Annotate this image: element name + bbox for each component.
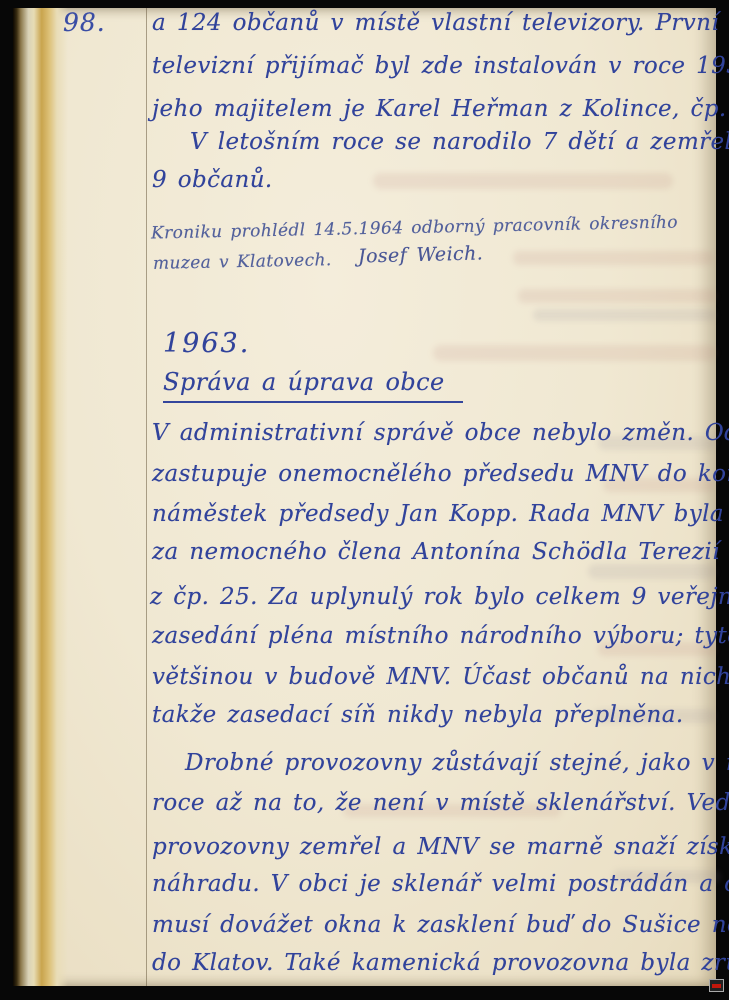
handwritten-line: do Klatov. Také kamenická provozovna byl… <box>152 950 729 976</box>
inspection-note-line: muzea v Klatovech. <box>153 250 332 274</box>
handwritten-line: zastupuje onemocnělého předsedu MNV do k… <box>152 461 729 487</box>
page-number: 98. <box>63 8 106 37</box>
handwritten-line: náhradu. V obci je sklenář velmi postrád… <box>152 871 729 897</box>
margin-rule-line <box>146 8 147 986</box>
inspection-note-line: Kroniku prohlédl 14.5.1964 odborný praco… <box>151 212 678 243</box>
year-heading: 1963. <box>163 328 250 359</box>
chronicle-page: 98. a 124 občanů v místě vlastní televiz… <box>13 8 716 986</box>
handwritten-line: Drobné provozovny zůstávají stejné, jako… <box>185 750 729 776</box>
show-through-mark <box>518 289 716 303</box>
handwritten-line: musí dovážet okna k zasklení buď do Suši… <box>152 912 729 938</box>
handwritten-line: většinou v budově MNV. Účast občanů na n… <box>152 664 729 690</box>
handwritten-line: 9 občanů. <box>152 167 273 193</box>
handwritten-line: provozovny zemřel a MNV se marně snaží z… <box>152 834 729 860</box>
section-heading: Správa a úprava obce <box>163 368 463 403</box>
handwritten-line: a 124 občanů v místě vlastní televizory.… <box>152 10 719 36</box>
handwritten-line: takže zasedací síň nikdy nebyla přeplněn… <box>152 702 684 728</box>
minimize-icon[interactable] <box>709 979 724 992</box>
handwritten-line: náměstek předsedy Jan Kopp. Rada MNV byl… <box>152 501 729 527</box>
show-through-mark <box>373 173 673 189</box>
show-through-mark <box>513 251 713 265</box>
handwritten-line: V letošním roce se narodilo 7 dětí a zem… <box>190 129 729 155</box>
show-through-mark <box>433 345 716 361</box>
handwritten-line: roce až na to, že není v místě sklenářst… <box>152 790 729 816</box>
handwritten-line: zasedání pléna místního národního výboru… <box>152 623 729 649</box>
scan-frame: 98. a 124 občanů v místě vlastní televiz… <box>0 0 729 1000</box>
show-through-mark <box>533 309 716 321</box>
handwritten-line: z čp. 25. Za uplynulý rok bylo celkem 9 … <box>150 584 729 610</box>
inspector-signature: Josef Weich. <box>358 242 484 267</box>
handwritten-line: jeho majitelem je Karel Heřman z Kolince… <box>152 96 729 122</box>
binding-edge <box>13 8 68 986</box>
handwritten-line: za nemocného člena Antonína Schödla Tere… <box>152 539 729 565</box>
handwritten-line: V administrativní správě obce nebylo změ… <box>152 420 729 446</box>
minimize-bar-icon <box>712 984 721 988</box>
handwritten-line: televizní přijímač byl zde instalován v … <box>152 53 729 79</box>
show-through-mark <box>588 564 716 579</box>
